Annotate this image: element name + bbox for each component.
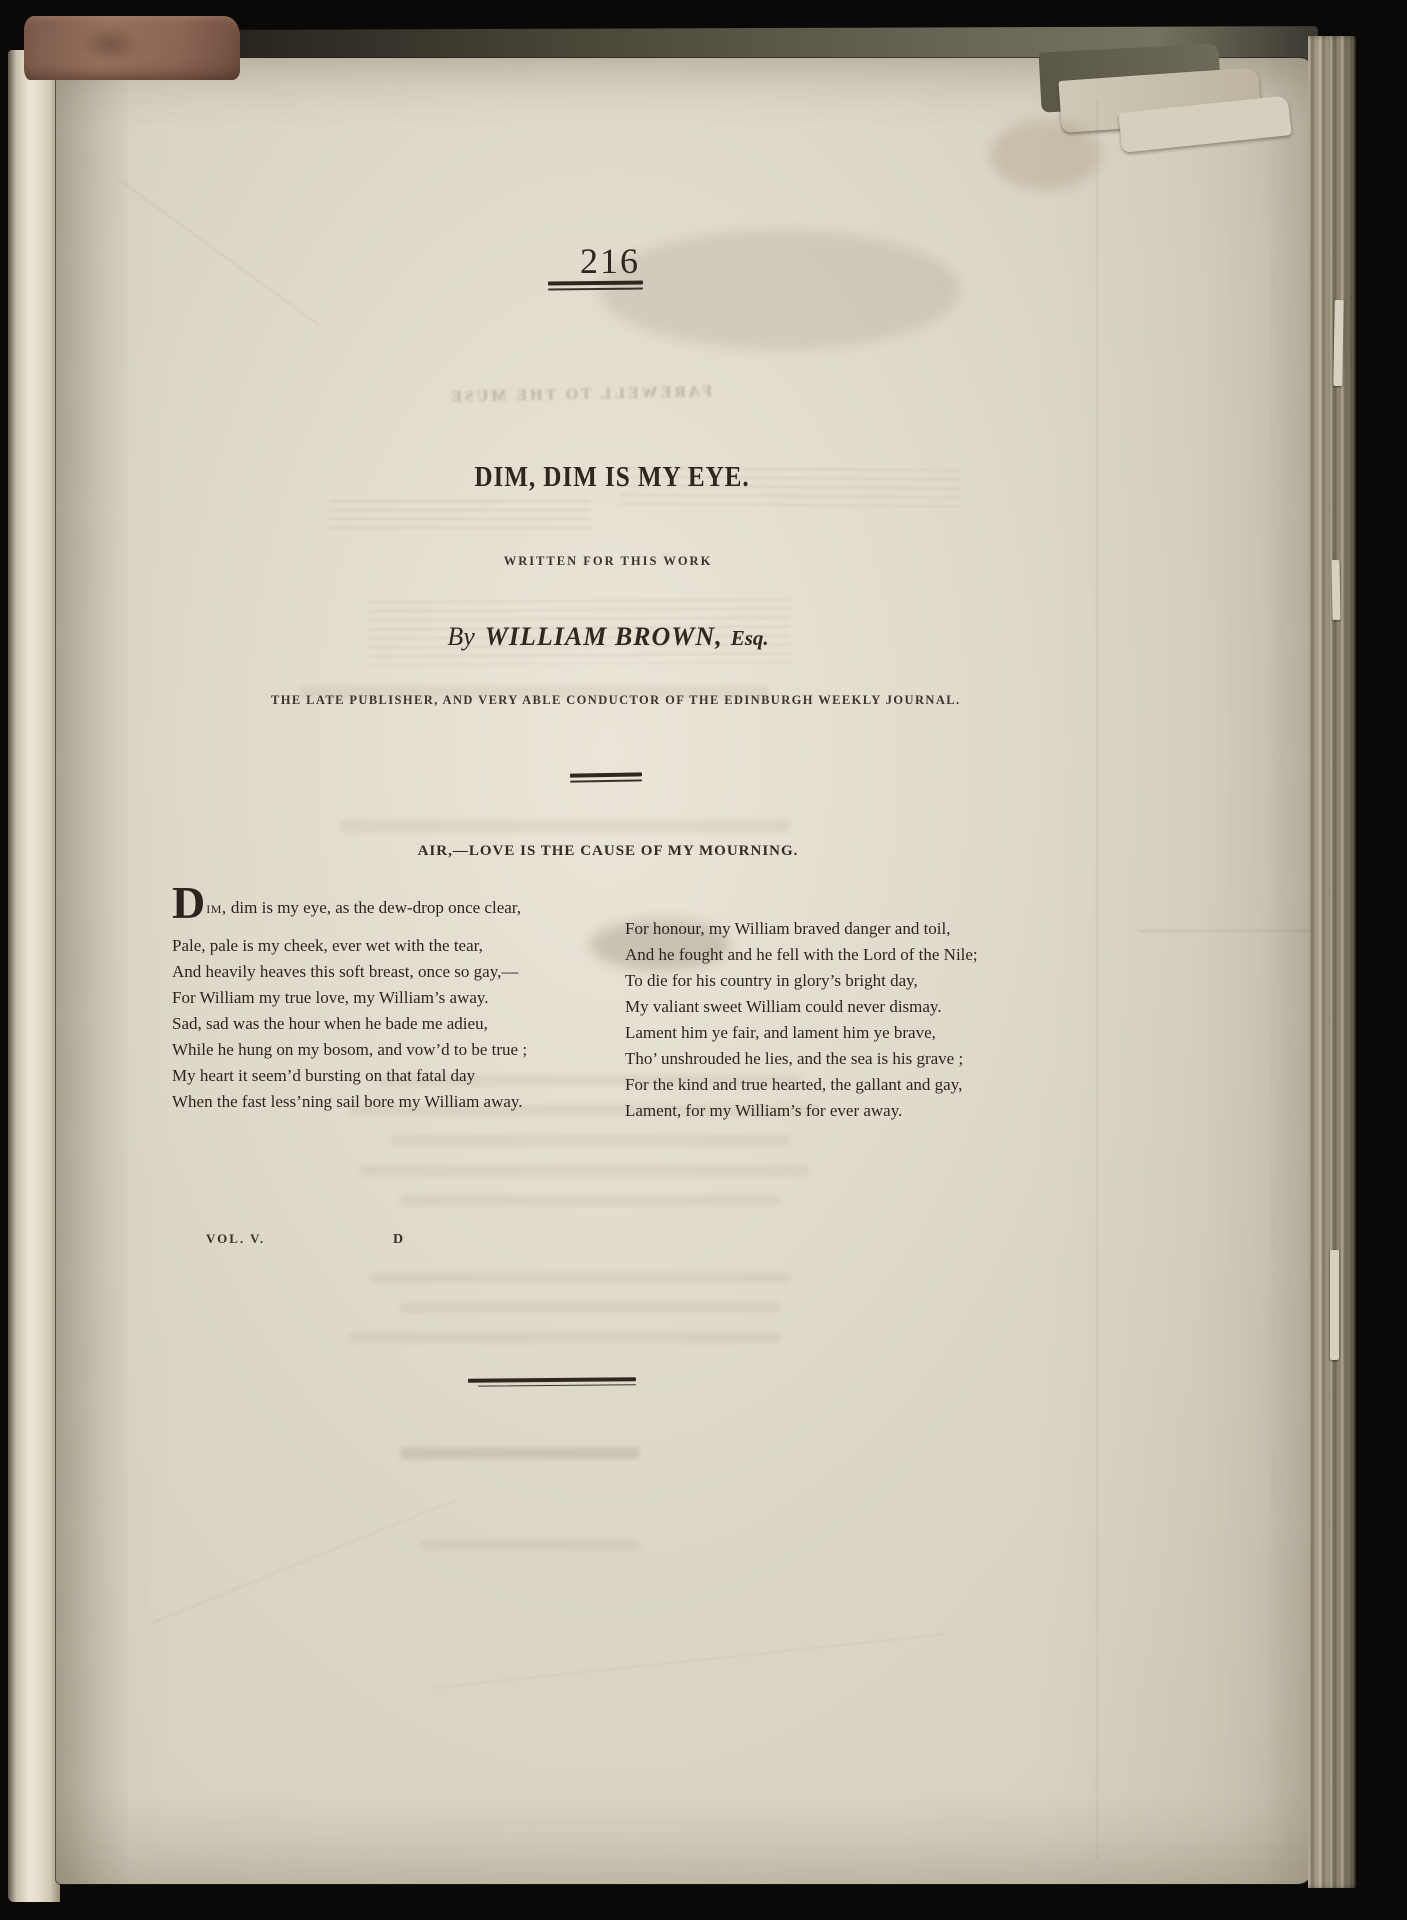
author-suffix: Esq.: [731, 626, 769, 650]
book-scan: FAREWELL TO THE MUSE 216 DIM, DIM IS MY …: [0, 0, 1407, 1920]
written-for-label: WRITTEN FOR THIS WORK: [433, 554, 783, 569]
spine-cloth-fragment: [24, 16, 240, 80]
poem-first-line: Dim, dim is my eye, as the dew-drop once…: [172, 898, 521, 918]
poem-line: While he hung on my bosom, and vow’d to …: [172, 1037, 527, 1063]
showthrough-staves: [330, 500, 590, 536]
poem-line: For William my true love, my William’s a…: [172, 985, 527, 1011]
poem-column-left: Pale, pale is my cheek, ever wet with th…: [172, 933, 527, 1115]
poem-line: Lament, for my William’s for ever away.: [625, 1098, 978, 1124]
page-number: 216: [530, 240, 690, 282]
poem-line: Sad, sad was the hour when he bade me ad…: [172, 1011, 527, 1037]
poem-line: Pale, pale is my cheek, ever wet with th…: [172, 933, 527, 959]
byline-prefix: By: [447, 622, 474, 651]
poem-line: And heavily heaves this soft breast, onc…: [172, 959, 527, 985]
air-line: AIR,—LOVE IS THE CAUSE OF MY MOURNING.: [398, 843, 818, 860]
poem-line: For the kind and true hearted, the galla…: [625, 1072, 978, 1098]
poem-line: Tho’ unshrouded he lies, and the sea is …: [625, 1046, 978, 1072]
crease: [1096, 100, 1098, 1860]
dropcap-smallcaps: im,: [206, 898, 226, 917]
signature-mark: D: [393, 1232, 403, 1248]
poem-line: My heart it seem’d bursting on that fata…: [172, 1063, 527, 1089]
fore-edge-pages: [1308, 36, 1356, 1888]
showthrough-line: [400, 1195, 780, 1206]
poem-line: For honour, my William braved danger and…: [625, 916, 978, 942]
poem-line: My valiant sweet William could never dis…: [625, 994, 978, 1020]
showthrough-line: [350, 1332, 780, 1343]
publisher-note: THE LATE PUBLISHER, AND VERY ABLE CONDUC…: [271, 693, 931, 708]
poem-line: To die for his country in glory’s bright…: [625, 968, 978, 994]
poem-line: When the fast less’ning sail bore my Wil…: [172, 1089, 527, 1115]
poem-column-right: For honour, my William braved danger and…: [625, 916, 978, 1124]
paper-chip: [1331, 560, 1340, 620]
poem-title: DIM, DIM IS MY EYE.: [387, 462, 837, 494]
paper-chip: [1333, 300, 1343, 386]
showthrough-line: [420, 1540, 640, 1550]
volume-label: VOL. V.: [206, 1231, 265, 1247]
author-name: WILLIAM BROWN,: [485, 622, 723, 651]
crease: [1140, 930, 1310, 932]
divider-rule-top: [548, 281, 643, 291]
rule-thick: [548, 281, 643, 286]
paper-chip: [1330, 1250, 1339, 1360]
showthrough-line: [390, 1135, 790, 1146]
showthrough-line: [400, 1302, 780, 1313]
showthrough-line: [340, 820, 790, 832]
byline: ByWILLIAM BROWN,Esq.: [408, 622, 808, 652]
left-page-edge: [8, 50, 60, 1902]
first-line-text: dim is my eye, as the dew-drop once clea…: [227, 898, 521, 917]
showthrough-line: [370, 1272, 790, 1283]
poem-line: And he fought and he fell with the Lord …: [625, 942, 978, 968]
rule-thick: [570, 772, 642, 777]
dropcap: D: [172, 877, 206, 928]
divider-rule-bottom: [468, 1377, 636, 1386]
showthrough-line: [360, 1165, 810, 1176]
divider-rule-mid: [570, 772, 642, 782]
poem-line: Lament him ye fair, and lament him ye br…: [625, 1020, 978, 1046]
stain: [990, 120, 1100, 190]
showthrough-line: [400, 1447, 640, 1459]
rule-thick: [468, 1377, 636, 1382]
